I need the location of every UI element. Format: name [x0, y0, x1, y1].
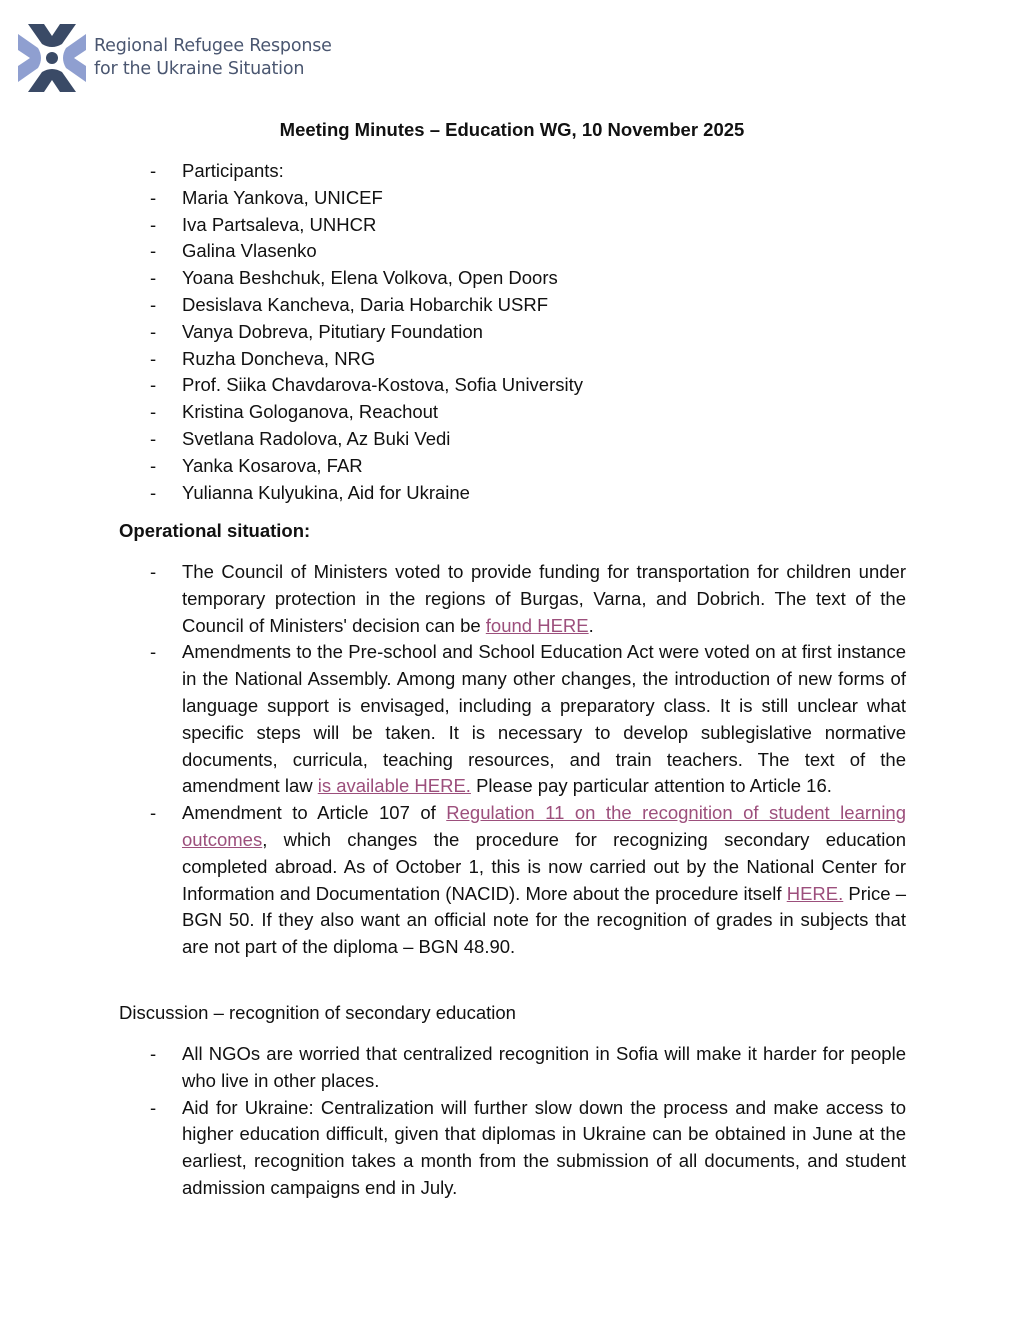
- participant-item: Prof. Siika Chavdarova-Kostova, Sofia Un…: [150, 372, 583, 399]
- discussion-item: Aid for Ukraine: Centralization will fur…: [150, 1095, 906, 1202]
- procedure-here-link[interactable]: HERE.: [787, 883, 844, 904]
- operational-item: The Council of Ministers voted to provid…: [150, 559, 906, 639]
- discussion-item: All NGOs are worried that centralized re…: [150, 1041, 906, 1095]
- operational-item-text: Amendments to the Pre-school and School …: [182, 641, 906, 796]
- document-title-text: Meeting Minutes – Education WG, 10 Novem…: [280, 119, 745, 141]
- header-logo: Regional Refugee Response for the Ukrain…: [14, 20, 332, 96]
- logo-wordmark: Regional Refugee Response for the Ukrain…: [94, 35, 332, 81]
- discussion-heading: Discussion – recognition of secondary ed…: [119, 1002, 516, 1024]
- participant-item: Ruzha Doncheva, NRG: [150, 346, 583, 373]
- participants-list: Participants: Maria Yankova, UNICEF Iva …: [150, 158, 583, 506]
- operational-item-text: .: [589, 615, 594, 636]
- participant-item: Vanya Dobreva, Pitutiary Foundation: [150, 319, 583, 346]
- participant-item: Yanka Kosarova, FAR: [150, 453, 583, 480]
- participant-item: Kristina Gologanova, Reachout: [150, 399, 583, 426]
- discussion-list: All NGOs are worried that centralized re…: [150, 1041, 906, 1202]
- regional-refugee-response-logo-icon: [14, 20, 90, 96]
- participant-item: Iva Partsaleva, UNHCR: [150, 212, 583, 239]
- logo-line-2: for the Ukraine Situation: [94, 58, 332, 81]
- participant-item: Galina Vlasenko: [150, 238, 583, 265]
- logo-line-1: Regional Refugee Response: [94, 35, 332, 58]
- operational-situation-list: The Council of Ministers voted to provid…: [150, 559, 906, 961]
- participants-label: Participants:: [150, 158, 583, 185]
- operational-item: Amendments to the Pre-school and School …: [150, 639, 906, 800]
- operational-item: Amendment to Article 107 of Regulation 1…: [150, 800, 906, 961]
- participant-item: Yulianna Kulyukina, Aid for Ukraine: [150, 480, 583, 507]
- participant-item: Desislava Kancheva, Daria Hobarchik USRF: [150, 292, 583, 319]
- operational-situation-heading: Operational situation:: [119, 520, 310, 542]
- document-title: Meeting Minutes – Education WG, 10 Novem…: [0, 119, 1024, 141]
- operational-item-text: Amendment to Article 107 of: [182, 802, 446, 823]
- amendment-law-link[interactable]: is available HERE.: [318, 775, 471, 796]
- participant-item: Svetlana Radolova, Az Buki Vedi: [150, 426, 583, 453]
- participant-item: Maria Yankova, UNICEF: [150, 185, 583, 212]
- operational-item-text: Please pay particular attention to Artic…: [471, 775, 832, 796]
- council-decision-link[interactable]: found HERE: [486, 615, 589, 636]
- participant-item: Yoana Beshchuk, Elena Volkova, Open Door…: [150, 265, 583, 292]
